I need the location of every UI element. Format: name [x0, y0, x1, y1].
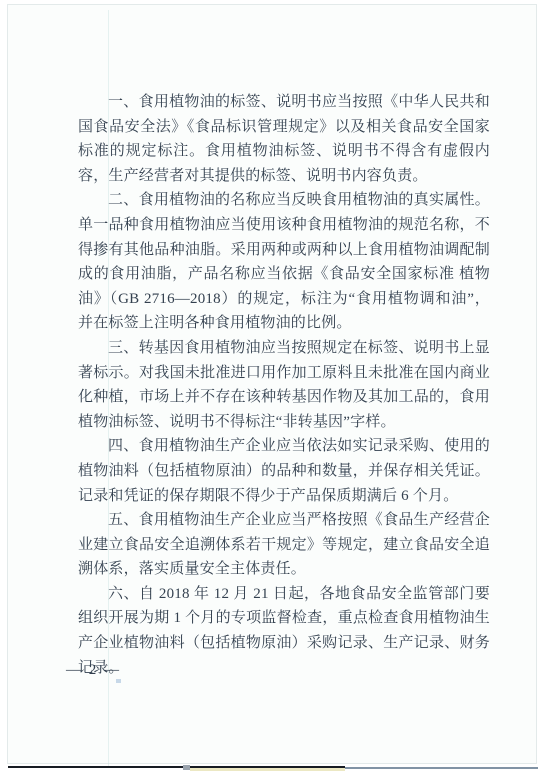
document-body: 一、食用植物油的标签、说明书应当按照《中华人民共和国食品安全法》《食品标识管理规… — [78, 90, 490, 680]
page-number: — 2 — — [66, 662, 121, 679]
scan-bottom-edge — [0, 764, 546, 771]
body-paragraph-5: 五、食用植物油生产企业应当严格按照《食品生产经营企业建立食品安全追溯体系若干规定… — [78, 508, 490, 582]
body-paragraph-3: 三、转基因食用植物油应当按照规定在标签、说明书上显著标示。对我国未批准进口用作加… — [78, 336, 490, 434]
body-paragraph-4: 四、食用植物油生产企业应当依法如实记录采购、使用的植物油料（包括植物原油）的品种… — [78, 434, 490, 508]
scan-edge-notch — [183, 765, 190, 770]
scan-speck-artifact — [116, 679, 121, 683]
scan-edge-slate-strip — [345, 767, 538, 769]
body-paragraph-2: 二、食用植物油的名称应当反映食用植物油的真实属性。单一品种食用植物油应当使用该种… — [78, 188, 490, 336]
body-paragraph-1: 一、食用植物油的标签、说明书应当按照《中华人民共和国食品安全法》《食品标识管理规… — [78, 90, 490, 188]
body-paragraph-6: 六、自 2018 年 12 月 21 日起，各地食品安全监管部门要组织开展为期 … — [78, 582, 490, 680]
